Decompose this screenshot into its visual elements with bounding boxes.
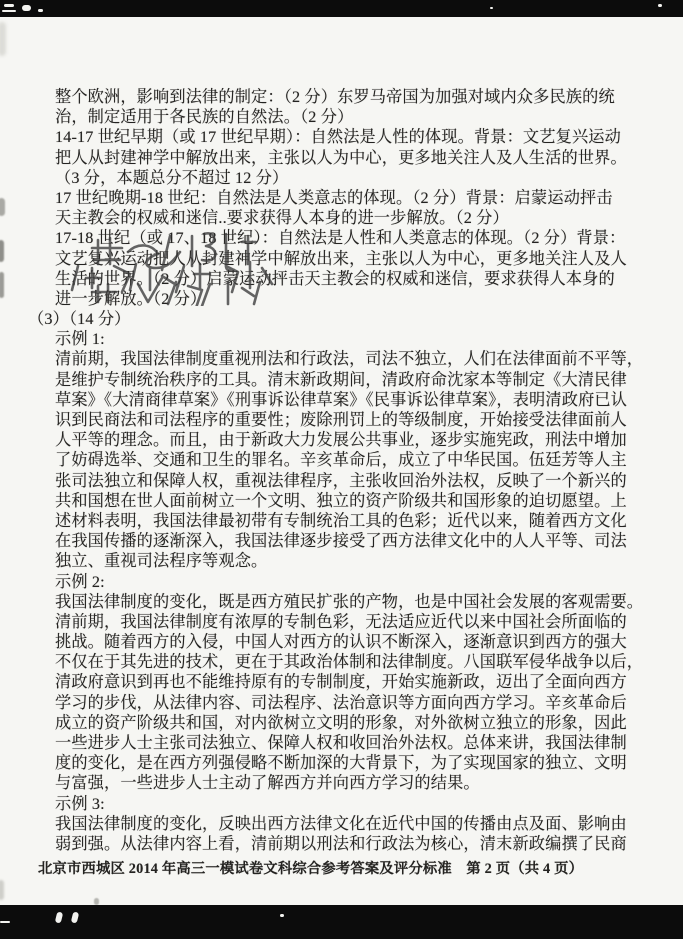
text-line: 清前期，我国法律制度重视刑法和行政法，司法不独立，人们在法律面前不平等， — [55, 349, 663, 369]
text-line: 整个欧洲，影响到法律的制定：（2 分）东罗马帝国为加强对域内众多民族的统 — [55, 87, 663, 107]
scan-noise — [4, 4, 14, 7]
text-line: 我国法律制度的变化，既是西方殖民扩张的产物，也是中国社会发展的客观需要。 — [55, 592, 663, 612]
text-line: 14-17 世纪早期（或 17 世纪早期）：自然法是人性的体现。背景：文艺复兴运… — [55, 127, 663, 147]
text-line: 示例 3: — [55, 794, 663, 814]
text-line: 我国法律制度的变化，反映出西方法律文化在近代中国的传播由点及面、影响由 — [55, 814, 663, 834]
scan-artifact — [0, 272, 4, 298]
text-line: 示例 2: — [55, 572, 663, 592]
text-line: 天主教会的权威和迷信..要求获得人本身的进一步解放。（2 分） — [55, 208, 663, 228]
text-line: （3 分，本题总分不超过 12 分） — [55, 168, 663, 188]
text-line: 学习的步伐，从法律内容、司法程序、法治意识等方面向西方学习。辛亥革命后 — [55, 693, 663, 713]
text-line: 独立、重视司法程序等观念。 — [55, 551, 663, 571]
scan-noise — [0, 921, 10, 923]
text-line: 清政府意识到再也不能维持原有的专制制度，开始实施新政，迈出了全面向西方 — [55, 672, 663, 692]
scan-noise — [2, 10, 16, 12]
text-line: 不仅在于其先进的技术，更在于其政治体制和法律制度。八国联军侵华战争以后， — [55, 652, 663, 672]
text-line: 一些进步人士主张司法独立、保障人权和收回治外法权。总体来讲，我国法律制 — [55, 733, 663, 753]
scan-noise — [658, 4, 662, 7]
text-line: 清前期，我国法律制度有浓厚的专制色彩，无法适应近代以来中国社会所面临的 — [55, 612, 663, 632]
text-line: 人平等的理念。而且，由于新政大力发展公共事业，逐步实施宪政，刑法中增加 — [55, 430, 663, 450]
text-line: 张司法独立和保障人权，重视法律程序，主张收回治外法权，反映了一个新兴的 — [55, 471, 663, 491]
scan-noise — [38, 9, 43, 12]
text-line: 弱到强。从法律内容上看，清前期以刑法和行政法为核心，清末新政编撰了民商 — [55, 834, 663, 854]
text-line: 了妨碍选举、交通和卫生的罪名。辛亥革命后，成立了中华民国。伍廷芳等人主 — [55, 450, 663, 470]
scan-artifact — [0, 240, 4, 262]
text-line: 草案》《大清商律草案》《刑事诉讼律草案》《民事诉讼律草案》，表明清政府已认 — [55, 390, 663, 410]
text-line: 是维护专制统治秩序的工具。清末新政期间，清政府命沈家本等制定《大清民律 — [55, 370, 663, 390]
text-line: 示例 1: — [55, 329, 663, 349]
page-footer: 北京市西城区 2014 年高三一模试卷文科综合参考答案及评分标准 第 2 页（共… — [38, 858, 583, 878]
text-line: 与富强，一些进步人士主动了解西方并向西方学习的结果。 — [55, 773, 663, 793]
scan-edge-top — [0, 0, 683, 17]
scan-artifact — [0, 198, 5, 216]
text-line: 成立的资产阶级共和国，对内欲树立文明的形象，对外欲树立独立的形象，因此 — [55, 713, 663, 733]
scan-artifact — [0, 22, 6, 56]
scan-noise — [280, 914, 284, 917]
scan-noise — [490, 7, 493, 9]
scan-noise — [22, 5, 31, 11]
text-line: 述材料表明，我国法律最初带有专制统治工具的色彩；近代以来，随着西方文化 — [55, 511, 663, 531]
scan-noise — [71, 911, 79, 923]
text-line: 17 世纪晚期-18 世纪：自然法是人类意志的体现。（2 分）背景：启蒙运动抨击 — [55, 188, 663, 208]
scanned-page: 整个欧洲，影响到法律的制定：（2 分）东罗马帝国为加强对域内众多民族的统治，制定… — [0, 0, 683, 939]
text-line: 把人从封建神学中解放出来，主张以人为中心，更多地关注人及人生活的世界。 — [55, 148, 663, 168]
scan-noise — [55, 911, 63, 923]
scan-artifact — [94, 898, 99, 905]
text-line: 治，制定适用于各民族的自然法。（2 分） — [55, 107, 663, 127]
answer-text-block: 整个欧洲，影响到法律的制定：（2 分）东罗马帝国为加强对域内众多民族的统治，制定… — [55, 87, 663, 854]
text-line: 识到民商法和司法程序的重要性；废除刑罚上的等级制度，开始接受法律面前人 — [55, 410, 663, 430]
text-line: 挑战。随着西方的入侵，中国人对西方的认识不断深入，逐渐意识到西方的强大 — [55, 632, 663, 652]
scan-artifact — [0, 880, 4, 900]
text-line: 度的变化，是在西方列强侵略不断加深的大背景下，为了实现国家的独立、文明 — [55, 753, 663, 773]
text-line: （3）（14 分） — [28, 309, 663, 329]
text-line: 在我国传播的逐渐深入，我国法律逐步接受了西方法律文化中的人人平等、司法 — [55, 531, 663, 551]
text-line: 共和国想在世人面前树立一个文明、独立的资产阶级共和国形象的迫切愿望。上 — [55, 491, 663, 511]
handwriting-watermark-icon — [58, 228, 328, 306]
scan-edge-bottom — [0, 905, 683, 939]
